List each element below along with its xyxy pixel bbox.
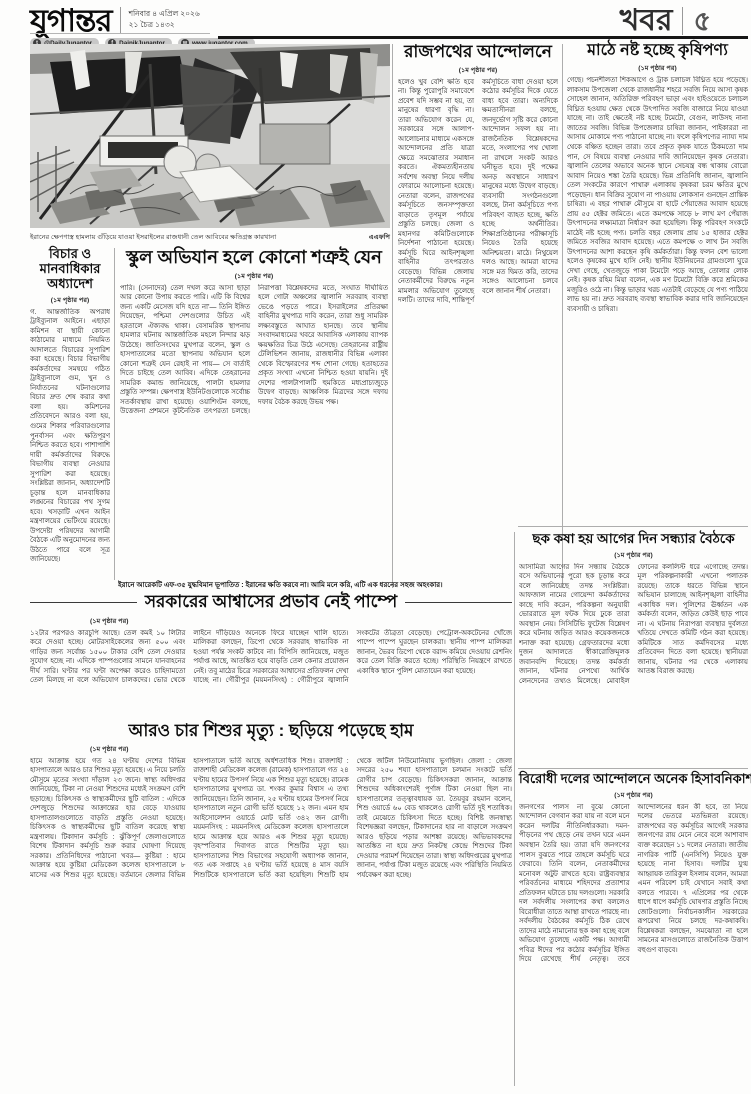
article-mathe: মাঠে নষ্ট হচ্ছে কৃষিপণ্য (১ম পৃষ্ঠার পর)… (567, 42, 748, 520)
article-chhok-continuation: (১ম পৃষ্ঠার পর) (519, 549, 748, 561)
photo-caption-row: ইরানের ক্ষেপণাস্ত্র হামলায় গুঁড়িয়ে যা… (30, 231, 390, 243)
masthead-logo: যুগান্তর (30, 5, 112, 36)
header-divider (682, 7, 683, 35)
article-bichar: বিচার ও মানবাধিকার অধ্যাদেশ (১ম পৃষ্ঠার … (30, 247, 110, 580)
article-birodhi-body: জনগণের পালস না বুঝে কোনো আন্দোলন বেগবান … (519, 803, 748, 1085)
section-title: খবর (620, 6, 673, 36)
article-bichar-continuation: (১ম পৃষ্ঠার পর) (30, 294, 110, 306)
article-sarkar: সরকারের আশ্বাসের প্রভাব নেই পাম্পে (১ম প… (30, 592, 512, 719)
news-photo (30, 44, 390, 228)
article-shishu: আরও চার শিশুর মৃত্যু : ছড়িয়ে পড়েছে হা… (30, 721, 512, 1087)
article-mathe-body: গেছে। পচনশীলতা শিকআগে ও ট্রাক চলাচল বিঘ্… (567, 76, 748, 520)
article-school: স্কুল অভিযান হলে কোনো শত্রুই যেন (১ম পৃষ… (120, 247, 388, 580)
article-birodhi-continuation: (১ম পৃষ্ঠার পর) (519, 789, 748, 801)
headline-rule-left (30, 602, 137, 603)
masthead: যুগান্তর শনিবার ৪ এপ্রিল ২০২৬ ২১ চৈত্র ১… (30, 5, 255, 48)
article-sarkar-body: ১২টার পরপরও কারচুপি আছে। তেল কমই ১০ লিটা… (30, 629, 512, 719)
date-gregorian: শনিবার ৪ এপ্রিল ২০২৬ (129, 9, 200, 20)
article-mathe-continuation: (১ম পৃষ্ঠার পর) (567, 62, 748, 74)
article-bichar-body: গ. আন্তর্জাতিক অপরাধ ট্রাইব্যুনাল আইনে। … (30, 308, 110, 580)
section-rule-2 (518, 768, 748, 769)
date-bengali: ২১ চৈত্র ১৪৩২ (129, 20, 200, 31)
article-school-closing-line: ইরানে আরেকটি এফ-৩৫ যুদ্ধবিমান ভূপাতিত : … (118, 579, 522, 591)
article-sarkar-headline-row: সরকারের আশ্বাসের প্রভাব নেই পাম্পে (30, 592, 512, 614)
article-chhok-body: আসামিরা আগের দিন সন্ধ্যায় বৈঠকে বসে অভি… (519, 563, 748, 763)
article-school-title: স্কুল অভিযান হলে কোনো শত্রুই যেন (120, 247, 388, 268)
photo-credit: এএফপি (369, 231, 390, 243)
article-school-continuation: (১ম পৃষ্ঠার পর) (120, 270, 388, 282)
article-shishu-title: আরও চার শিশুর মৃত্যু : ছড়িয়ে পড়েছে হা… (30, 721, 512, 741)
article-shishu-continuation: (১ম পৃষ্ঠার পর) (90, 743, 512, 755)
article-chhok: ছক কষা হয় আগের দিন সন্ধ্যার বৈঠকে (১ম প… (519, 531, 748, 763)
article-rajpath: রাজপথের আন্দোলনে (১ম পৃষ্ঠার পর) হলেও খু… (398, 42, 558, 578)
article-bichar-title: বিচার ও মানবাধিকার অধ্যাদেশ (30, 247, 110, 292)
article-birodhi-title: বিরোধী দলের আন্দোলনে অনেক হিসাবনিকাশ (519, 772, 748, 787)
date-block: শনিবার ৪ এপ্রিল ২০২৬ ২১ চৈত্র ১৪৩২ (129, 9, 200, 31)
article-rajpath-title: রাজপথের আন্দোলনে (398, 42, 558, 62)
article-rajpath-body: হলেও খুব বেশি ক্ষতি হবে না। কিন্তু পুরোপ… (398, 78, 558, 578)
masthead-rule (218, 36, 748, 39)
photo-caption: ইরানের ক্ষেপণাস্ত্র হামলায় গুঁড়িয়ে যা… (30, 231, 276, 243)
column-rule-2 (562, 44, 563, 588)
column-rule-3 (114, 248, 115, 580)
article-rajpath-continuation: (১ম পৃষ্ঠার পর) (398, 64, 558, 76)
article-school-body: পারি। (সেনাদের) তেল দখল করে আসা ছাড়া আর… (120, 284, 388, 580)
badge-underline (30, 33, 210, 34)
article-mathe-title: মাঠে নষ্ট হচ্ছে কৃষিপণ্য (567, 42, 748, 60)
headline-rule-right (405, 602, 512, 603)
article-shishu-body: হামে আক্রান্ত হয়ে গত ২৪ ঘণ্টায় দেশের ব… (30, 757, 512, 1087)
masthead-divider (120, 7, 121, 33)
article-sarkar-continuation: (১ম পৃষ্ঠার পর) (90, 615, 512, 627)
article-sarkar-title: সরকারের আশ্বাসের প্রভাব নেই পাম্পে (145, 592, 397, 612)
article-chhok-title: ছক কষা হয় আগের দিন সন্ধ্যার বৈঠকে (519, 531, 748, 547)
page-number: ৫ (693, 8, 711, 35)
column-rule-4 (514, 532, 515, 1086)
column-rule-1 (392, 44, 393, 588)
page-header-right: খবর ৫ (620, 6, 711, 36)
article-birodhi: বিরোধী দলের আন্দোলনে অনেক হিসাবনিকাশ (১ম… (519, 772, 748, 1085)
destroyed-factory-illustration (30, 44, 390, 228)
